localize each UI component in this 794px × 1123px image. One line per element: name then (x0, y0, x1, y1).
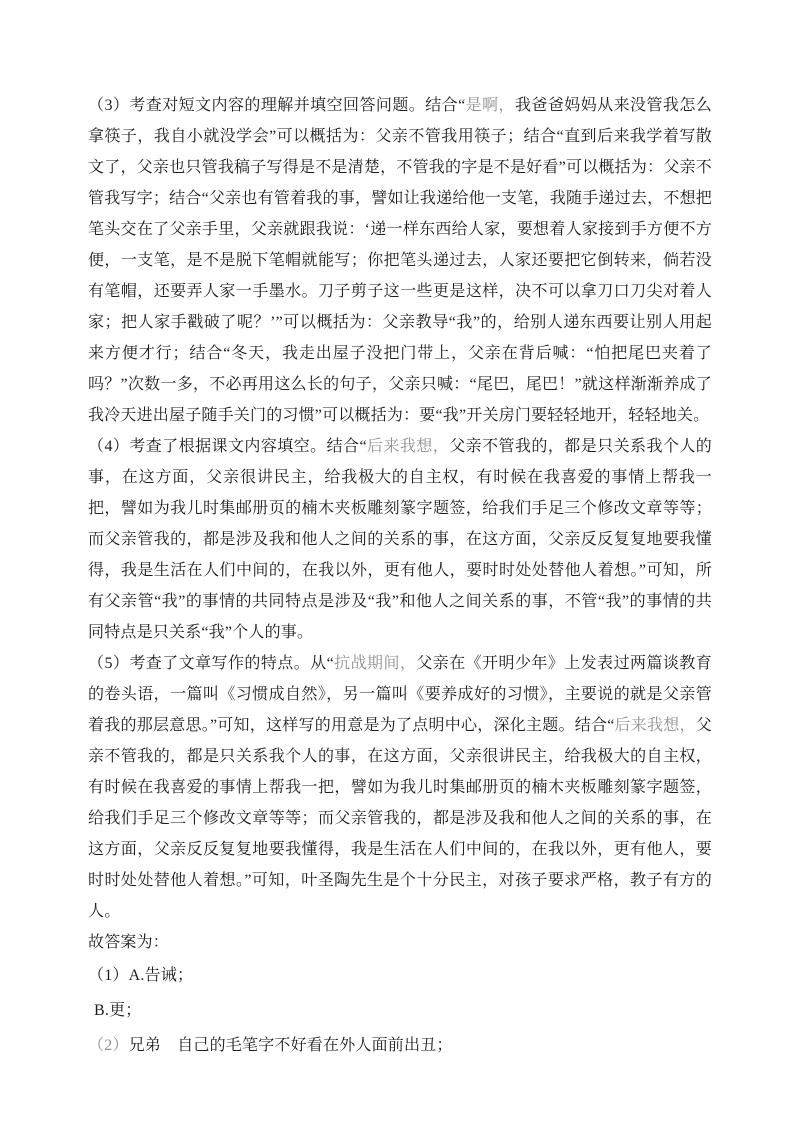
paragraph-4-body: 父亲不管我的，都是只关系我个人的事，在这方面，父亲很讲民主，给我极大的自主权，有… (88, 438, 712, 641)
document-content: （3）考查对短文内容的理解并填空回答问题。结合“是啊，我爸爸妈妈从来没管我怎么拿… (88, 90, 712, 1063)
paragraph-3-body: 我爸爸妈妈从来没管我怎么拿筷子，我自小就没学会”可以概括为：父亲不管我用筷子；结… (88, 97, 712, 424)
paragraph-3: （3）考查对短文内容的理解并填空回答问题。结合“是啊，我爸爸妈妈从来没管我怎么拿… (88, 90, 712, 431)
answer-item-1b: B.更； (88, 993, 712, 1028)
paragraph-5-body: 父亲不管我的，都是只关系我个人的事，在这方面，父亲很讲民主，给我极大的自主权，有… (88, 717, 712, 920)
paragraph-4-gray-quote: 后来我想， (367, 438, 449, 455)
paragraph-4-lead: （4）考查了根据课文内容填空。结合“ (88, 438, 367, 455)
paragraph-3-gray-quote: 是啊， (465, 97, 515, 114)
paragraph-5: （5）考查了文章写作的特点。从“抗战期间，父亲在《开明少年》上发表过两篇谈教育的… (88, 648, 712, 927)
paragraph-4: （4）考查了根据课文内容填空。结合“后来我想，父亲不管我的，都是只关系我个人的事… (88, 431, 712, 648)
paragraph-3-lead: （3）考查对短文内容的理解并填空回答问题。结合“ (88, 97, 465, 114)
paragraph-5-gray-quote-1: 抗战期间， (334, 655, 416, 672)
paragraph-5-lead: （5）考查了文章写作的特点。从“ (88, 655, 334, 672)
answer-item-2: （2）兄弟 自己的毛笔字不好看在外人面前出丑； (88, 1028, 712, 1063)
answer-item-2-text: 兄弟 自己的毛笔字不好看在外人面前出丑； (129, 1037, 453, 1054)
answer-item-1: （1）A.告诫； (88, 958, 712, 993)
answer-heading: 故答案为： (88, 927, 712, 958)
document-page: （3）考查对短文内容的理解并填空回答问题。结合“是啊，我爸爸妈妈从来没管我怎么拿… (0, 0, 794, 1123)
paragraph-5-gray-quote-2: 后来我想， (615, 717, 696, 734)
answer-item-2-number: （2） (88, 1037, 129, 1054)
